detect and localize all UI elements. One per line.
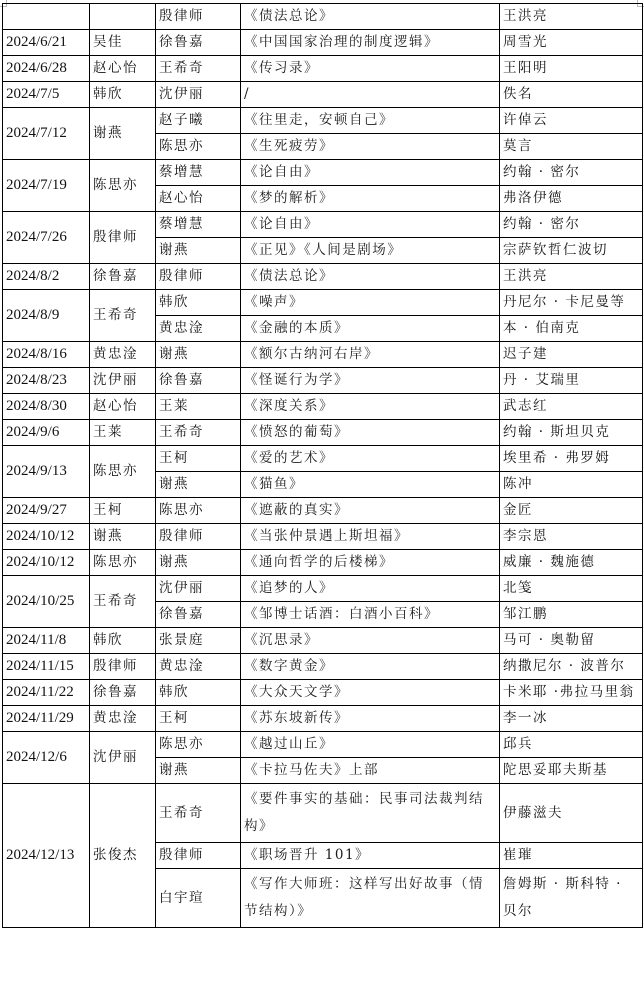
reader-cell: 殷律师 — [156, 4, 241, 30]
reader-cell: 王柯 — [156, 706, 241, 732]
reader-cell: 谢燕 — [156, 550, 241, 576]
author-cell: 詹姆斯 · 斯科特 · 贝尔 — [500, 869, 643, 928]
reader-cell: 韩欣 — [156, 680, 241, 706]
book-cell: 《猫鱼》 — [241, 472, 500, 498]
book-cell: 《传习录》 — [241, 56, 500, 82]
date-cell: 2024/8/30 — [3, 394, 90, 420]
author-cell: 金匠 — [500, 498, 643, 524]
host-cell: 韩欣 — [90, 628, 156, 654]
date-cell: 2024/9/13 — [3, 446, 90, 498]
table-row: 2024/8/23沈伊丽徐鲁嘉《怪诞行为学》丹 · 艾瑞里 — [3, 368, 643, 394]
reader-cell: 殷律师 — [156, 264, 241, 290]
table-row: 2024/7/5韩欣沈伊丽/佚名 — [3, 82, 643, 108]
author-cell: 约翰 · 密尔 — [500, 212, 643, 238]
book-cell: 《当张仲景遇上斯坦福》 — [241, 524, 500, 550]
author-cell: 弗洛伊德 — [500, 186, 643, 212]
book-cell: 《沉思录》 — [241, 628, 500, 654]
date-cell: 2024/9/27 — [3, 498, 90, 524]
author-cell: 李宗恩 — [500, 524, 643, 550]
table-row: 2024/8/9王希奇韩欣《噪声》丹尼尔 · 卡尼曼等 — [3, 290, 643, 316]
date-cell: 2024/10/12 — [3, 550, 90, 576]
author-cell: 武志红 — [500, 394, 643, 420]
book-cell: / — [241, 82, 500, 108]
author-cell: 王洪亮 — [500, 4, 643, 30]
date-cell: 2024/12/13 — [3, 784, 90, 928]
author-cell: 约翰 · 密尔 — [500, 160, 643, 186]
table-row: 2024/8/30赵心怡王莱《深度关系》武志红 — [3, 394, 643, 420]
date-cell: 2024/8/2 — [3, 264, 90, 290]
host-cell: 陈思亦 — [90, 446, 156, 498]
author-cell: 威廉 · 魏施德 — [500, 550, 643, 576]
reader-cell: 蔡增慧 — [156, 160, 241, 186]
date-cell: 2024/12/6 — [3, 732, 90, 784]
host-cell: 黄忠淦 — [90, 706, 156, 732]
author-cell: 佚名 — [500, 82, 643, 108]
reader-cell: 黄忠淦 — [156, 316, 241, 342]
book-cell: 《中国国家治理的制度逻辑》 — [241, 30, 500, 56]
reader-cell: 沈伊丽 — [156, 82, 241, 108]
book-cell: 《遮蔽的真实》 — [241, 498, 500, 524]
schedule-body: 殷律师《债法总论》王洪亮2024/6/21吴佳徐鲁嘉《中国国家治理的制度逻辑》周… — [3, 4, 643, 928]
table-row: 2024/11/15殷律师黄忠淦《数字黄金》纳撒尼尔 · 波普尔 — [3, 654, 643, 680]
reader-cell: 徐鲁嘉 — [156, 602, 241, 628]
book-cell: 《正见》《人间是剧场》 — [241, 238, 500, 264]
author-cell: 许倬云 — [500, 108, 643, 134]
date-cell: 2024/7/26 — [3, 212, 90, 264]
table-row: 2024/11/8韩欣张景庭《沉思录》马可 · 奥勒留 — [3, 628, 643, 654]
host-cell: 王柯 — [90, 498, 156, 524]
date-cell: 2024/11/22 — [3, 680, 90, 706]
book-cell: 《论自由》 — [241, 160, 500, 186]
date-cell: 2024/10/25 — [3, 576, 90, 628]
book-cell: 《金融的本质》 — [241, 316, 500, 342]
reader-cell: 白宇瑄 — [156, 869, 241, 928]
table-row: 2024/8/16黄忠淦谢燕《额尔古纳河右岸》迟子建 — [3, 342, 643, 368]
author-cell: 李一冰 — [500, 706, 643, 732]
reader-cell: 徐鲁嘉 — [156, 368, 241, 394]
host-cell: 赵心怡 — [90, 394, 156, 420]
author-cell: 丹 · 艾瑞里 — [500, 368, 643, 394]
reader-cell: 王希奇 — [156, 420, 241, 446]
host-cell: 沈伊丽 — [90, 368, 156, 394]
reader-cell: 陈思亦 — [156, 134, 241, 160]
author-cell: 纳撒尼尔 · 波普尔 — [500, 654, 643, 680]
author-cell: 莫言 — [500, 134, 643, 160]
host-cell: 徐鲁嘉 — [90, 680, 156, 706]
book-cell: 《怪诞行为学》 — [241, 368, 500, 394]
host-cell: 张俊杰 — [90, 784, 156, 928]
host-cell: 王希奇 — [90, 290, 156, 342]
book-cell: 《额尔古纳河右岸》 — [241, 342, 500, 368]
reader-cell: 谢燕 — [156, 342, 241, 368]
table-row: 2024/12/13张俊杰王希奇《要件事实的基础：民事司法裁判结构》伊藤滋夫 — [3, 784, 643, 843]
book-cell: 《噪声》 — [241, 290, 500, 316]
book-cell: 《往里走，安顿自己》 — [241, 108, 500, 134]
reader-cell: 沈伊丽 — [156, 576, 241, 602]
date-cell: 2024/7/5 — [3, 82, 90, 108]
book-cell: 《卡拉马佐夫》上部 — [241, 758, 500, 784]
author-cell: 陀思妥耶夫斯基 — [500, 758, 643, 784]
host-cell: 韩欣 — [90, 82, 156, 108]
author-cell: 崔璀 — [500, 843, 643, 869]
date-cell: 2024/11/15 — [3, 654, 90, 680]
author-cell: 北笺 — [500, 576, 643, 602]
table-row: 2024/9/6王莱王希奇《愤怒的葡萄》约翰 · 斯坦贝克 — [3, 420, 643, 446]
host-cell: 谢燕 — [90, 108, 156, 160]
reader-cell: 黄忠淦 — [156, 654, 241, 680]
host-cell: 沈伊丽 — [90, 732, 156, 784]
book-cell: 《大众天文学》 — [241, 680, 500, 706]
author-cell: 王阳明 — [500, 56, 643, 82]
date-cell: 2024/8/23 — [3, 368, 90, 394]
author-cell: 马可 · 奥勒留 — [500, 628, 643, 654]
date-cell: 2024/7/19 — [3, 160, 90, 212]
reader-cell: 王柯 — [156, 446, 241, 472]
date-cell: 2024/8/16 — [3, 342, 90, 368]
book-cell: 《爱的艺术》 — [241, 446, 500, 472]
book-cell: 《苏东坡新传》 — [241, 706, 500, 732]
book-cell: 《论自由》 — [241, 212, 500, 238]
table-row: 2024/10/12谢燕殷律师《当张仲景遇上斯坦福》李宗恩 — [3, 524, 643, 550]
reader-cell: 赵心怡 — [156, 186, 241, 212]
reader-cell: 赵子曦 — [156, 108, 241, 134]
table-row: 殷律师《债法总论》王洪亮 — [3, 4, 643, 30]
reader-cell: 谢燕 — [156, 238, 241, 264]
book-cell: 《愤怒的葡萄》 — [241, 420, 500, 446]
reader-cell: 殷律师 — [156, 843, 241, 869]
author-cell: 本 · 伯南克 — [500, 316, 643, 342]
reader-cell: 王莱 — [156, 394, 241, 420]
host-cell: 王希奇 — [90, 576, 156, 628]
table-row: 2024/11/22徐鲁嘉韩欣《大众天文学》卡米耶 ·弗拉马里翁 — [3, 680, 643, 706]
reading-schedule-table: 殷律师《债法总论》王洪亮2024/6/21吴佳徐鲁嘉《中国国家治理的制度逻辑》周… — [2, 3, 643, 928]
reader-cell: 谢燕 — [156, 758, 241, 784]
author-cell: 卡米耶 ·弗拉马里翁 — [500, 680, 643, 706]
reader-cell: 殷律师 — [156, 524, 241, 550]
author-cell: 约翰 · 斯坦贝克 — [500, 420, 643, 446]
reader-cell: 陈思亦 — [156, 732, 241, 758]
reader-cell: 张景庭 — [156, 628, 241, 654]
host-cell: 殷律师 — [90, 212, 156, 264]
book-cell: 《数字黄金》 — [241, 654, 500, 680]
author-cell: 埃里希 · 弗罗姆 — [500, 446, 643, 472]
reader-cell: 王希奇 — [156, 56, 241, 82]
host-cell: 谢燕 — [90, 524, 156, 550]
book-cell: 《深度关系》 — [241, 394, 500, 420]
host-cell: 吴佳 — [90, 30, 156, 56]
table-row: 2024/10/25王希奇沈伊丽《追梦的人》北笺 — [3, 576, 643, 602]
author-cell: 宗萨钦哲仁波切 — [500, 238, 643, 264]
table-row: 2024/7/12谢燕赵子曦《往里走，安顿自己》许倬云 — [3, 108, 643, 134]
reader-cell: 蔡增慧 — [156, 212, 241, 238]
date-cell: 2024/10/12 — [3, 524, 90, 550]
reader-cell: 王希奇 — [156, 784, 241, 843]
host-cell: 王莱 — [90, 420, 156, 446]
table-row: 2024/8/2徐鲁嘉殷律师《债法总论》王洪亮 — [3, 264, 643, 290]
host-cell: 陈思亦 — [90, 160, 156, 212]
author-cell: 伊藤滋夫 — [500, 784, 643, 843]
book-cell: 《梦的解析》 — [241, 186, 500, 212]
table-row: 2024/10/12陈思亦谢燕《通向哲学的后楼梯》威廉 · 魏施德 — [3, 550, 643, 576]
book-cell: 《追梦的人》 — [241, 576, 500, 602]
book-cell: 《写作大师班：这样写出好故事（情节结构）》 — [241, 869, 500, 928]
book-cell: 《越过山丘》 — [241, 732, 500, 758]
author-cell: 迟子建 — [500, 342, 643, 368]
date-cell: 2024/11/29 — [3, 706, 90, 732]
date-cell: 2024/9/6 — [3, 420, 90, 446]
table-row: 2024/7/19陈思亦蔡增慧《论自由》约翰 · 密尔 — [3, 160, 643, 186]
table-row: 2024/6/21吴佳徐鲁嘉《中国国家治理的制度逻辑》周雪光 — [3, 30, 643, 56]
author-cell: 邹江鹏 — [500, 602, 643, 628]
reader-cell: 谢燕 — [156, 472, 241, 498]
reader-cell: 陈思亦 — [156, 498, 241, 524]
date-cell: 2024/6/21 — [3, 30, 90, 56]
date-cell — [3, 4, 90, 30]
author-cell: 周雪光 — [500, 30, 643, 56]
book-cell: 《债法总论》 — [241, 264, 500, 290]
author-cell: 丹尼尔 · 卡尼曼等 — [500, 290, 643, 316]
book-cell: 《通向哲学的后楼梯》 — [241, 550, 500, 576]
date-cell: 2024/6/28 — [3, 56, 90, 82]
table-row: 2024/9/13陈思亦王柯《爱的艺术》埃里希 · 弗罗姆 — [3, 446, 643, 472]
host-cell: 陈思亦 — [90, 550, 156, 576]
table-row: 2024/11/29黄忠淦王柯《苏东坡新传》李一冰 — [3, 706, 643, 732]
date-cell: 2024/7/12 — [3, 108, 90, 160]
book-cell: 《邹博士话酒：白酒小百科》 — [241, 602, 500, 628]
author-cell: 邱兵 — [500, 732, 643, 758]
host-cell: 黄忠淦 — [90, 342, 156, 368]
host-cell: 赵心怡 — [90, 56, 156, 82]
table-row: 2024/6/28赵心怡王希奇《传习录》王阳明 — [3, 56, 643, 82]
book-cell: 《债法总论》 — [241, 4, 500, 30]
table-row: 2024/12/6沈伊丽陈思亦《越过山丘》邱兵 — [3, 732, 643, 758]
table-row: 2024/7/26殷律师蔡增慧《论自由》约翰 · 密尔 — [3, 212, 643, 238]
host-cell: 殷律师 — [90, 654, 156, 680]
author-cell: 王洪亮 — [500, 264, 643, 290]
date-cell: 2024/8/9 — [3, 290, 90, 342]
date-cell: 2024/11/8 — [3, 628, 90, 654]
book-cell: 《要件事实的基础：民事司法裁判结构》 — [241, 784, 500, 843]
book-cell: 《职场晋升 101》 — [241, 843, 500, 869]
reader-cell: 徐鲁嘉 — [156, 30, 241, 56]
table-row: 2024/9/27王柯陈思亦《遮蔽的真实》金匠 — [3, 498, 643, 524]
reader-cell: 韩欣 — [156, 290, 241, 316]
host-cell: 徐鲁嘉 — [90, 264, 156, 290]
book-cell: 《生死疲劳》 — [241, 134, 500, 160]
author-cell: 陈冲 — [500, 472, 643, 498]
host-cell — [90, 4, 156, 30]
